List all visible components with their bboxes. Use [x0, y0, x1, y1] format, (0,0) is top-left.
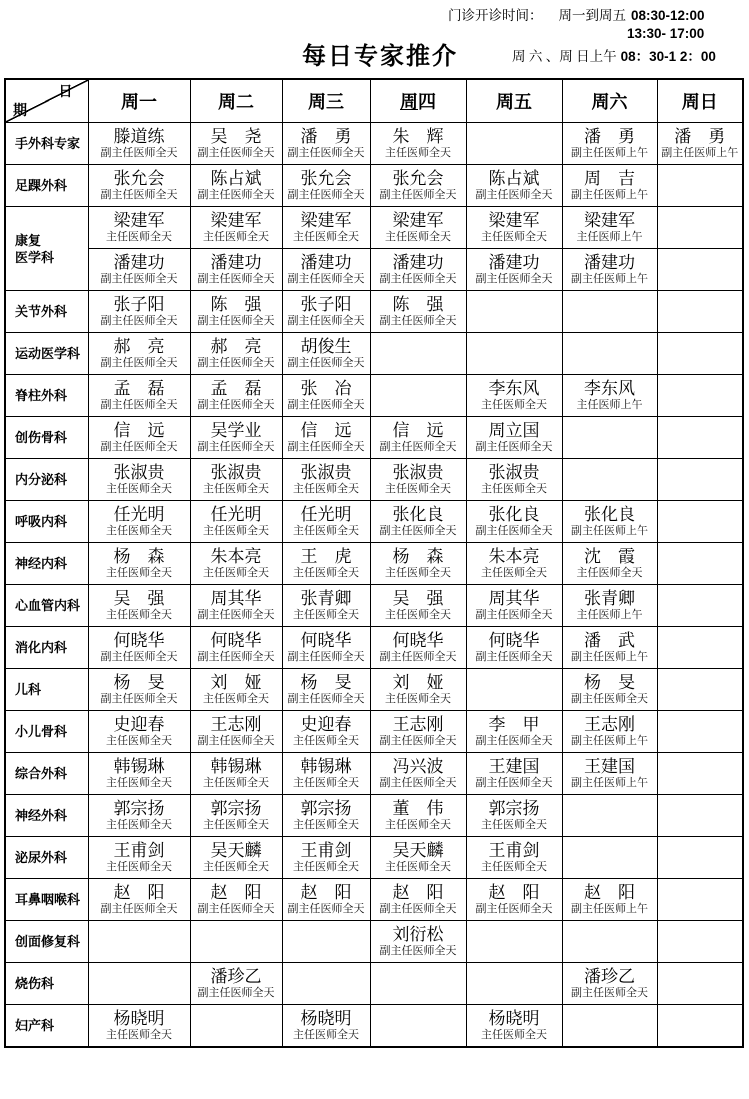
doctor-name: 史迎春 [89, 715, 190, 734]
doctor-name: 张 冶 [283, 379, 370, 398]
corner-label-dept: 期 [13, 100, 27, 120]
schedule-cell: 周其华副主任医师全天 [190, 585, 282, 627]
schedule-cell-empty [282, 921, 370, 963]
schedule-cell-empty [466, 333, 562, 375]
doctor-shift-title: 副主任医师上午 [563, 189, 657, 202]
doctor-shift-title: 主任医师全天 [371, 609, 466, 622]
doctor-shift-title: 副主任医师全天 [467, 903, 562, 916]
weekend-time: 08：30-1 2：00 [621, 49, 716, 64]
doctor-name: 张淑贵 [467, 463, 562, 482]
corner-cell: 日 期 [5, 79, 88, 123]
doctor-name: 杨晓明 [89, 1009, 190, 1028]
schedule-cell-empty [562, 417, 657, 459]
schedule-cell: 何晓华副主任医师全天 [88, 627, 190, 669]
schedule-cell: 李东风主任医师全天 [466, 375, 562, 417]
doctor-name: 张青卿 [563, 589, 657, 608]
schedule-cell: 陈占斌副主任医师全天 [190, 165, 282, 207]
schedule-cell: 王甫剑主任医师全天 [282, 837, 370, 879]
schedule-cell-empty [370, 1005, 466, 1048]
doctor-shift-title: 主任医师全天 [89, 861, 190, 874]
doctor-name: 张允会 [283, 169, 370, 188]
doctor-name: 张子阳 [89, 295, 190, 314]
schedule-cell-empty [657, 1005, 743, 1048]
doctor-name: 吴天麟 [191, 841, 282, 860]
table-row: 足踝外科张允会副主任医师全天陈占斌副主任医师全天张允会副主任医师全天张允会副主任… [5, 165, 743, 207]
doctor-shift-title: 副主任医师上午 [563, 903, 657, 916]
schedule-cell-empty [657, 543, 743, 585]
table-row: 心血管内科吴 强主任医师全天周其华副主任医师全天张青卿主任医师全天吴 强主任医师… [5, 585, 743, 627]
schedule-cell: 王志刚副主任医师全天 [190, 711, 282, 753]
doctor-name: 陈 强 [371, 295, 466, 314]
doctor-name: 张化良 [371, 505, 466, 524]
dept-label: 小儿骨科 [5, 711, 88, 753]
doctor-name: 杨 森 [371, 547, 466, 566]
weekday-afternoon-time: 13:30- 17:00 [627, 26, 704, 41]
schedule-cell: 张淑贵主任医师全天 [190, 459, 282, 501]
schedule-cell: 朱本亮主任医师全天 [190, 543, 282, 585]
page-title: 每日专家推介 [302, 36, 458, 71]
doctor-name: 梁建军 [563, 211, 657, 230]
schedule-cell: 任光明主任医师全天 [88, 501, 190, 543]
schedule-cell: 吴 强主任医师全天 [88, 585, 190, 627]
schedule-cell-empty [562, 333, 657, 375]
schedule-cell: 何晓华副主任医师全天 [370, 627, 466, 669]
table-row: 潘建功副主任医师全天潘建功副主任医师全天潘建功副主任医师全天潘建功副主任医师全天… [5, 249, 743, 291]
doctor-shift-title: 副主任医师全天 [467, 651, 562, 664]
doctor-shift-title: 主任医师全天 [283, 819, 370, 832]
doctor-name: 周其华 [191, 589, 282, 608]
corner-label-day: 日 [59, 81, 73, 101]
doctor-name: 刘衍松 [371, 925, 466, 944]
schedule-cell: 何晓华副主任医师全天 [466, 627, 562, 669]
doctor-name: 杨 旻 [563, 673, 657, 692]
table-row: 内分泌科张淑贵主任医师全天张淑贵主任医师全天张淑贵主任医师全天张淑贵主任医师全天… [5, 459, 743, 501]
schedule-cell: 杨 森主任医师全天 [370, 543, 466, 585]
schedule-cell: 梁建军主任医师全天 [370, 207, 466, 249]
doctor-shift-title: 副主任医师全天 [371, 315, 466, 328]
doctor-name: 孟 磊 [89, 379, 190, 398]
doctor-name: 潘 勇 [563, 127, 657, 146]
doctor-name: 郭宗扬 [283, 799, 370, 818]
doctor-shift-title: 副主任医师全天 [283, 357, 370, 370]
schedule-cell-empty [370, 963, 466, 1005]
schedule-cell: 郭宗扬主任医师全天 [466, 795, 562, 837]
doctor-shift-title: 副主任医师全天 [191, 441, 282, 454]
doctor-shift-title: 主任医师全天 [89, 525, 190, 538]
doctor-shift-title: 副主任医师全天 [371, 777, 466, 790]
dept-label: 烧伤科 [5, 963, 88, 1005]
doctor-name: 潘建功 [371, 253, 466, 272]
dept-label: 心血管内科 [5, 585, 88, 627]
schedule-cell: 信 远副主任医师全天 [88, 417, 190, 459]
doctor-name: 王志刚 [563, 715, 657, 734]
schedule-cell: 任光明主任医师全天 [190, 501, 282, 543]
doctor-name: 梁建军 [467, 211, 562, 230]
schedule-cell: 张允会副主任医师全天 [88, 165, 190, 207]
dept-label: 呼吸内科 [5, 501, 88, 543]
doctor-shift-title: 主任医师全天 [467, 483, 562, 496]
schedule-cell: 孟 磊副主任医师全天 [88, 375, 190, 417]
doctor-name: 潘建功 [467, 253, 562, 272]
schedule-cell: 赵 阳副主任医师全天 [282, 879, 370, 921]
doctor-name: 任光明 [89, 505, 190, 524]
doctor-name: 郭宗扬 [89, 799, 190, 818]
doctor-shift-title: 主任医师全天 [89, 1029, 190, 1042]
doctor-name: 史迎春 [283, 715, 370, 734]
doctor-shift-title: 副主任医师全天 [467, 735, 562, 748]
doctor-name: 张允会 [371, 169, 466, 188]
doctor-name: 任光明 [191, 505, 282, 524]
schedule-cell: 王 虎主任医师全天 [282, 543, 370, 585]
schedule-cell: 刘衍松副主任医师全天 [370, 921, 466, 963]
doctor-shift-title: 副主任医师全天 [371, 945, 466, 958]
page-header: 每日专家推介 门诊开诊时间：周一到周五08:30-12:00 13:30- 17… [0, 0, 749, 78]
schedule-cell: 赵 阳副主任医师上午 [562, 879, 657, 921]
schedule-cell-empty [370, 333, 466, 375]
doctor-shift-title: 主任医师全天 [283, 1029, 370, 1042]
schedule-cell-empty [657, 669, 743, 711]
schedule-cell-empty [657, 879, 743, 921]
day-header-1: 周一 [88, 79, 190, 123]
day-header-2: 周二 [190, 79, 282, 123]
schedule-cell: 王建国副主任医师上午 [562, 753, 657, 795]
dept-label: 创伤骨科 [5, 417, 88, 459]
schedule-cell: 张子阳副主任医师全天 [282, 291, 370, 333]
doctor-shift-title: 主任医师全天 [467, 861, 562, 874]
schedule-cell: 朱 辉主任医师全天 [370, 123, 466, 165]
schedule-cell-empty [562, 921, 657, 963]
schedule-cell: 郭宗扬主任医师全天 [190, 795, 282, 837]
schedule-cell: 韩锡琳主任医师全天 [88, 753, 190, 795]
schedule-cell: 张化良副主任医师上午 [562, 501, 657, 543]
doctor-name: 赵 阳 [191, 883, 282, 902]
doctor-name: 任光明 [283, 505, 370, 524]
schedule-cell-empty [657, 501, 743, 543]
doctor-name: 信 远 [371, 421, 466, 440]
schedule-cell: 潘珍乙副主任医师全天 [562, 963, 657, 1005]
doctor-shift-title: 副主任医师全天 [191, 399, 282, 412]
schedule-cell: 郭宗扬主任医师全天 [88, 795, 190, 837]
doctor-shift-title: 副主任医师全天 [89, 189, 190, 202]
doctor-name: 陈 强 [191, 295, 282, 314]
schedule-cell-empty [562, 837, 657, 879]
schedule-cell: 潘建功副主任医师全天 [282, 249, 370, 291]
doctor-shift-title: 主任医师全天 [89, 567, 190, 580]
table-row: 康复 医学科梁建军主任医师全天梁建军主任医师全天梁建军主任医师全天梁建军主任医师… [5, 207, 743, 249]
doctor-shift-title: 副主任医师全天 [191, 903, 282, 916]
schedule-cell: 胡俊生副主任医师全天 [282, 333, 370, 375]
doctor-name: 梁建军 [371, 211, 466, 230]
day-header-6: 周六 [562, 79, 657, 123]
schedule-cell: 潘建功副主任医师全天 [190, 249, 282, 291]
doctor-shift-title: 副主任医师全天 [283, 315, 370, 328]
doctor-name: 孟 磊 [191, 379, 282, 398]
doctor-shift-title: 副主任医师全天 [283, 273, 370, 286]
schedule-cell-empty [657, 165, 743, 207]
schedule-cell: 潘建功副主任医师全天 [370, 249, 466, 291]
doctor-name: 韩锡琳 [89, 757, 190, 776]
doctor-name: 梁建军 [283, 211, 370, 230]
schedule-cell: 何晓华副主任医师全天 [190, 627, 282, 669]
doctor-name: 何晓华 [371, 631, 466, 650]
schedule-cell: 刘 娅主任医师全天 [370, 669, 466, 711]
doctor-shift-title: 主任医师全天 [467, 1029, 562, 1042]
doctor-shift-title: 主任医师全天 [89, 819, 190, 832]
schedule-cell: 张青卿主任医师全天 [282, 585, 370, 627]
schedule-cell: 何晓华副主任医师全天 [282, 627, 370, 669]
schedule-cell: 杨晓明主任医师全天 [466, 1005, 562, 1048]
doctor-name: 信 远 [283, 421, 370, 440]
doctor-name: 王甫剑 [89, 841, 190, 860]
doctor-shift-title: 副主任医师全天 [467, 777, 562, 790]
doctor-shift-title: 主任医师全天 [191, 231, 282, 244]
table-row: 烧伤科潘珍乙副主任医师全天潘珍乙副主任医师全天 [5, 963, 743, 1005]
doctor-shift-title: 主任医师全天 [467, 819, 562, 832]
dept-label: 康复 医学科 [5, 207, 88, 291]
doctor-name: 赵 阳 [467, 883, 562, 902]
doctor-shift-title: 副主任医师全天 [371, 735, 466, 748]
doctor-name: 赵 阳 [283, 883, 370, 902]
schedule-cell-empty [562, 459, 657, 501]
dept-label: 神经内科 [5, 543, 88, 585]
weekday-hours-line: 门诊开诊时间：周一到周五08:30-12:00 [448, 7, 716, 25]
schedule-cell-empty [190, 1005, 282, 1048]
doctor-name: 郝 亮 [191, 337, 282, 356]
schedule-cell: 梁建军主任医师全天 [282, 207, 370, 249]
doctor-name: 韩锡琳 [191, 757, 282, 776]
schedule-cell: 王甫剑主任医师全天 [88, 837, 190, 879]
schedule-cell: 潘建功副主任医师全天 [88, 249, 190, 291]
schedule-cell: 史迎春主任医师全天 [282, 711, 370, 753]
doctor-name: 张淑贵 [371, 463, 466, 482]
doctor-shift-title: 副主任医师全天 [191, 147, 282, 160]
doctor-shift-title: 主任医师全天 [371, 147, 466, 160]
doctor-shift-title: 主任医师全天 [371, 567, 466, 580]
doctor-name: 董 伟 [371, 799, 466, 818]
doctor-shift-title: 副主任医师全天 [283, 693, 370, 706]
doctor-shift-title: 副主任医师全天 [191, 987, 282, 1000]
schedule-cell-empty [657, 711, 743, 753]
doctor-shift-title: 主任医师全天 [191, 777, 282, 790]
doctor-shift-title: 副主任医师上午 [563, 651, 657, 664]
schedule-cell: 吴学业副主任医师全天 [190, 417, 282, 459]
schedule-cell: 陈占斌副主任医师全天 [466, 165, 562, 207]
table-row: 创伤骨科信 远副主任医师全天吴学业副主任医师全天信 远副主任医师全天信 远副主任… [5, 417, 743, 459]
doctor-name: 杨晓明 [283, 1009, 370, 1028]
doctor-shift-title: 主任医师全天 [283, 483, 370, 496]
doctor-name: 潘建功 [283, 253, 370, 272]
doctor-name: 何晓华 [89, 631, 190, 650]
doctor-shift-title: 副主任医师全天 [563, 693, 657, 706]
schedule-cell: 韩锡琳主任医师全天 [282, 753, 370, 795]
doctor-name: 李 甲 [467, 715, 562, 734]
schedule-cell: 信 远副主任医师全天 [282, 417, 370, 459]
doctor-name: 吴 强 [89, 589, 190, 608]
doctor-shift-title: 副主任医师全天 [467, 273, 562, 286]
doctor-name: 朱 辉 [371, 127, 466, 146]
schedule-cell: 冯兴波副主任医师全天 [370, 753, 466, 795]
day-header-3: 周三 [282, 79, 370, 123]
doctor-name: 王甫剑 [283, 841, 370, 860]
doctor-shift-title: 副主任医师全天 [283, 189, 370, 202]
doctor-name: 赵 阳 [563, 883, 657, 902]
dept-label: 综合外科 [5, 753, 88, 795]
doctor-shift-title: 副主任医师全天 [191, 273, 282, 286]
schedule-cell-empty [562, 291, 657, 333]
schedule-cell-empty [562, 1005, 657, 1048]
doctor-name: 滕道练 [89, 127, 190, 146]
schedule-cell: 张淑贵主任医师全天 [370, 459, 466, 501]
table-row: 脊柱外科孟 磊副主任医师全天孟 磊副主任医师全天张 冶副主任医师全天李东风主任医… [5, 375, 743, 417]
schedule-cell: 潘 勇副主任医师全天 [282, 123, 370, 165]
clinic-hours-label: 门诊开诊时间： [448, 8, 543, 23]
doctor-shift-title: 主任医师全天 [191, 483, 282, 496]
schedule-cell: 张淑贵主任医师全天 [282, 459, 370, 501]
doctor-name: 潘建功 [191, 253, 282, 272]
doctor-shift-title: 副主任医师上午 [563, 777, 657, 790]
table-row: 关节外科张子阳副主任医师全天陈 强副主任医师全天张子阳副主任医师全天陈 强副主任… [5, 291, 743, 333]
doctor-shift-title: 主任医师全天 [371, 861, 466, 874]
schedule-cell: 吴天麟主任医师全天 [370, 837, 466, 879]
schedule-cell: 吴 尧副主任医师全天 [190, 123, 282, 165]
doctor-shift-title: 副主任医师全天 [371, 441, 466, 454]
doctor-shift-title: 副主任医师全天 [283, 147, 370, 160]
table-row: 儿科杨 旻副主任医师全天刘 娅主任医师全天杨 旻副主任医师全天刘 娅主任医师全天… [5, 669, 743, 711]
doctor-shift-title: 副主任医师全天 [371, 903, 466, 916]
doctor-name: 潘 武 [563, 631, 657, 650]
day-header-4: 周四 [370, 79, 466, 123]
doctor-name: 杨 旻 [89, 673, 190, 692]
dept-label: 耳鼻咽喉科 [5, 879, 88, 921]
clinic-hours-block: 门诊开诊时间：周一到周五08:30-12:00 13:30- 17:00 周 六… [448, 7, 716, 66]
doctor-name: 张淑贵 [89, 463, 190, 482]
doctor-name: 王建国 [563, 757, 657, 776]
schedule-cell-empty [466, 921, 562, 963]
doctor-shift-title: 副主任医师全天 [467, 189, 562, 202]
schedule-cell: 赵 阳副主任医师全天 [190, 879, 282, 921]
schedule-cell-empty [466, 669, 562, 711]
dept-label: 运动医学科 [5, 333, 88, 375]
schedule-cell-empty [282, 963, 370, 1005]
schedule-cell-empty [370, 375, 466, 417]
doctor-name: 赵 阳 [371, 883, 466, 902]
doctor-name: 韩锡琳 [283, 757, 370, 776]
doctor-shift-title: 副主任医师上午 [658, 147, 743, 160]
doctor-name: 王建国 [467, 757, 562, 776]
doctor-shift-title: 副主任医师全天 [563, 987, 657, 1000]
dept-label: 手外科专家 [5, 123, 88, 165]
weekend-range: 周 六 、周 日上午 [512, 49, 617, 64]
table-row: 神经外科郭宗扬主任医师全天郭宗扬主任医师全天郭宗扬主任医师全天董 伟主任医师全天… [5, 795, 743, 837]
schedule-cell: 张化良副主任医师全天 [370, 501, 466, 543]
doctor-shift-title: 主任医师全天 [371, 693, 466, 706]
schedule-cell: 王建国副主任医师全天 [466, 753, 562, 795]
doctor-name: 杨晓明 [467, 1009, 562, 1028]
doctor-name: 刘 娅 [191, 673, 282, 692]
day-header-5: 周五 [466, 79, 562, 123]
doctor-shift-title: 主任医师全天 [191, 819, 282, 832]
doctor-shift-title: 副主任医师全天 [283, 399, 370, 412]
doctor-shift-title: 副主任医师全天 [89, 357, 190, 370]
doctor-name: 王 虎 [283, 547, 370, 566]
schedule-cell-empty [190, 921, 282, 963]
schedule-cell-empty [657, 921, 743, 963]
schedule-cell: 潘建功副主任医师上午 [562, 249, 657, 291]
doctor-shift-title: 副主任医师全天 [89, 693, 190, 706]
doctor-shift-title: 副主任医师上午 [563, 735, 657, 748]
schedule-cell: 沈 霞主任医师全天 [562, 543, 657, 585]
schedule-cell: 李东风主任医师上午 [562, 375, 657, 417]
doctor-shift-title: 副主任医师全天 [467, 525, 562, 538]
doctor-shift-title: 副主任医师全天 [191, 735, 282, 748]
schedule-cell: 滕道练副主任医师全天 [88, 123, 190, 165]
schedule-cell: 信 远副主任医师全天 [370, 417, 466, 459]
table-row: 消化内科何晓华副主任医师全天何晓华副主任医师全天何晓华副主任医师全天何晓华副主任… [5, 627, 743, 669]
doctor-name: 杨 森 [89, 547, 190, 566]
doctor-shift-title: 副主任医师上午 [563, 525, 657, 538]
dept-label: 神经外科 [5, 795, 88, 837]
schedule-cell: 梁建军主任医师全天 [466, 207, 562, 249]
doctor-shift-title: 主任医师全天 [283, 861, 370, 874]
schedule-cell: 陈 强副主任医师全天 [190, 291, 282, 333]
table-row: 耳鼻咽喉科赵 阳副主任医师全天赵 阳副主任医师全天赵 阳副主任医师全天赵 阳副主… [5, 879, 743, 921]
schedule-cell-empty [88, 921, 190, 963]
doctor-name: 周 吉 [563, 169, 657, 188]
schedule-cell-empty [466, 963, 562, 1005]
doctor-shift-title: 副主任医师全天 [191, 609, 282, 622]
schedule-cell-empty [657, 795, 743, 837]
doctor-shift-title: 主任医师全天 [191, 567, 282, 580]
doctor-shift-title: 主任医师上午 [563, 609, 657, 622]
doctor-shift-title: 主任医师全天 [467, 567, 562, 580]
weekday-afternoon-line: 13:30- 17:00 [448, 25, 716, 43]
doctor-shift-title: 主任医师全天 [89, 231, 190, 244]
doctor-shift-title: 主任医师全天 [191, 525, 282, 538]
schedule-cell-empty [657, 249, 743, 291]
schedule-cell: 潘珍乙副主任医师全天 [190, 963, 282, 1005]
doctor-name: 张化良 [563, 505, 657, 524]
doctor-name: 陈占斌 [191, 169, 282, 188]
dept-label: 内分泌科 [5, 459, 88, 501]
doctor-shift-title: 副主任医师全天 [89, 147, 190, 160]
schedule-cell: 郝 亮副主任医师全天 [88, 333, 190, 375]
schedule-cell-empty [657, 963, 743, 1005]
doctor-name: 李东风 [467, 379, 562, 398]
schedule-cell: 董 伟主任医师全天 [370, 795, 466, 837]
schedule-cell-empty [657, 837, 743, 879]
doctor-name: 何晓华 [283, 631, 370, 650]
doctor-name: 朱本亮 [191, 547, 282, 566]
doctor-name: 刘 娅 [371, 673, 466, 692]
schedule-cell-empty [657, 375, 743, 417]
dept-label: 关节外科 [5, 291, 88, 333]
doctor-shift-title: 主任医师全天 [89, 777, 190, 790]
schedule-cell: 郝 亮副主任医师全天 [190, 333, 282, 375]
schedule-cell: 陈 强副主任医师全天 [370, 291, 466, 333]
schedule-cell: 杨 旻副主任医师全天 [282, 669, 370, 711]
table-row: 小儿骨科史迎春主任医师全天王志刚副主任医师全天史迎春主任医师全天王志刚副主任医师… [5, 711, 743, 753]
doctor-name: 潘建功 [563, 253, 657, 272]
doctor-shift-title: 主任医师全天 [467, 231, 562, 244]
doctor-shift-title: 主任医师全天 [283, 777, 370, 790]
weekend-hours-line: 周 六 、周 日上午08：30-1 2：00 [448, 48, 716, 66]
doctor-name: 吴天麟 [371, 841, 466, 860]
doctor-name: 张子阳 [283, 295, 370, 314]
schedule-cell: 周立国副主任医师全天 [466, 417, 562, 459]
doctor-name: 张淑贵 [283, 463, 370, 482]
schedule-cell: 杨晓明主任医师全天 [88, 1005, 190, 1048]
schedule-cell-empty [657, 585, 743, 627]
